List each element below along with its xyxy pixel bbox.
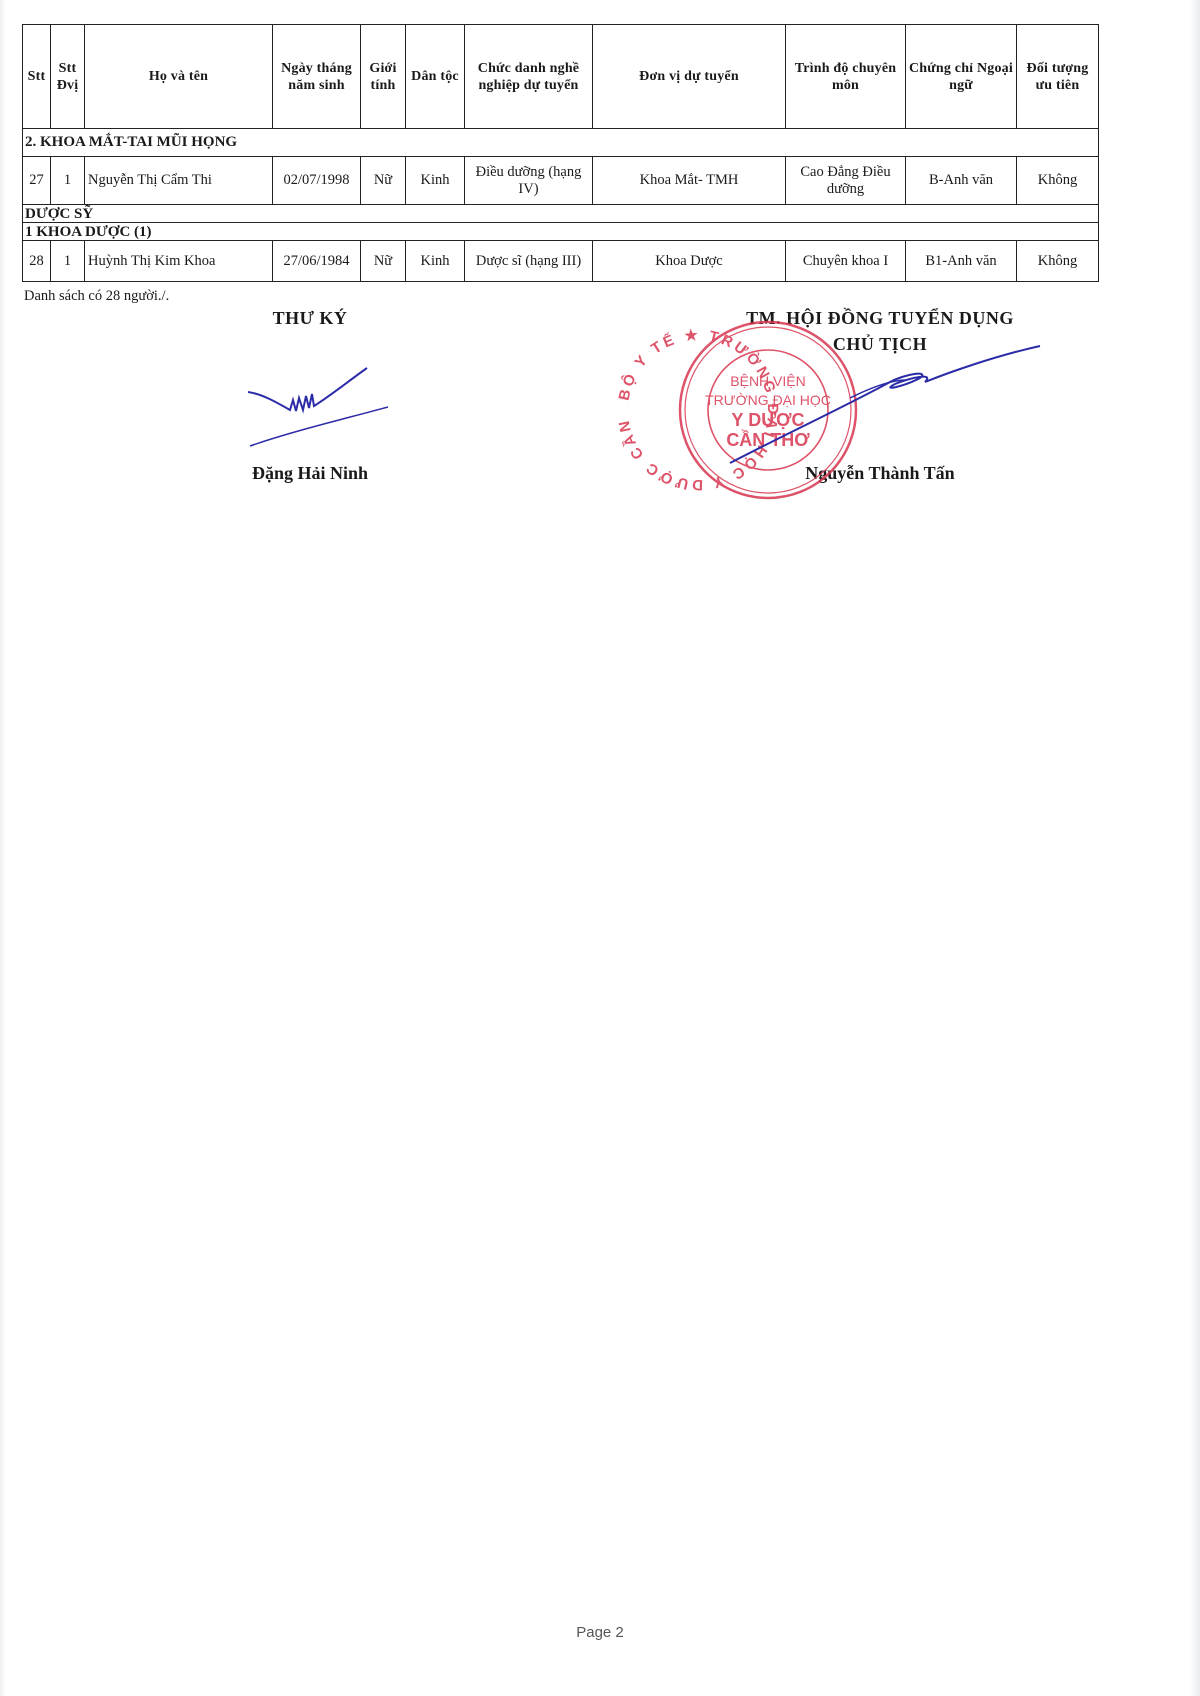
svg-text:BỆNH VIỆN: BỆNH VIỆN xyxy=(730,373,805,389)
page-number: Page 2 xyxy=(0,1624,1200,1641)
official-stamp-icon: BỘ Y TẾ ★ TRƯỜNG ĐẠI HỌC Y DƯỢC CẦN THƠ … xyxy=(0,0,856,498)
svg-text:Y DƯỢC: Y DƯỢC xyxy=(732,410,805,430)
svg-text:CẦN THƠ: CẦN THƠ xyxy=(726,429,810,450)
secretary-signature-icon xyxy=(248,368,388,446)
signatures-and-stamp: BỘ Y TẾ ★ TRƯỜNG ĐẠI HỌC Y DƯỢC CẦN THƠ … xyxy=(0,0,1200,560)
svg-text:TRƯỜNG ĐẠI HỌC: TRƯỜNG ĐẠI HỌC xyxy=(705,392,831,408)
svg-text:BỘ Y TẾ ★ TRƯỜNG ĐẠI HỌC Y DƯỢ: BỘ Y TẾ ★ TRƯỜNG ĐẠI HỌC Y DƯỢC CẦN THƠ xyxy=(0,0,781,493)
